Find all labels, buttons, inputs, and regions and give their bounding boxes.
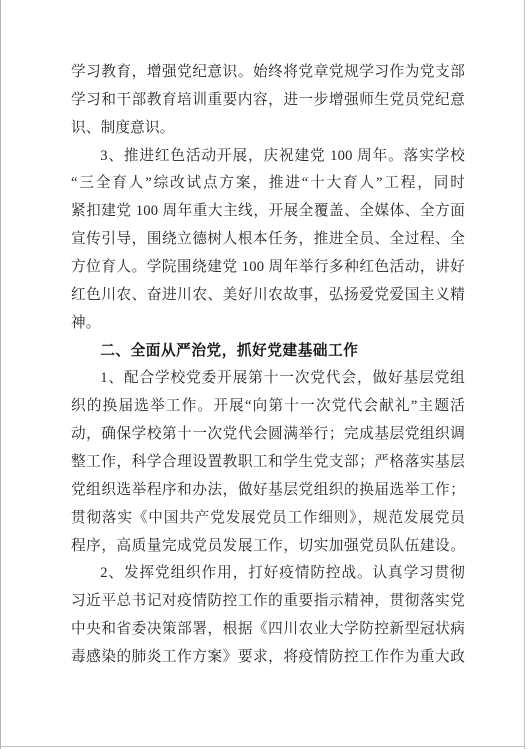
- text-line: 方位育人。学院围绕建党 100 周年举行多种红色活动，讲好: [71, 254, 465, 282]
- text-line: 学习教育，增强党纪意识。始终将党章党规学习作为党支部: [71, 59, 465, 87]
- text-line: 红色川农、奋进川农、美好川农故事，弘扬爱党爱国主义精: [71, 282, 465, 310]
- text-line: “三全育人”综改试点方案，推进“十大育人”工程，同时: [71, 170, 465, 198]
- text-line: 织的换届选举工作。开展“向第十一次党代会献礼”主题活: [71, 393, 465, 421]
- text-line: 宣传引导，围绕立德树人根本任务，推进全员、全过程、全: [71, 226, 465, 254]
- document-text-block: 学习教育，增强党纪意识。始终将党章党规学习作为党支部学习和干部教育培训重要内容，…: [71, 59, 465, 672]
- text-line: 整工作，科学合理设置教职工和学生党支部；严格落实基层: [71, 449, 465, 477]
- text-line: 识、制度意识。: [71, 115, 465, 143]
- page-edge-right: [524, 0, 525, 749]
- text-line: 紧扣建党 100 周年重大主线，开展全覆盖、全媒体、全方面: [71, 198, 465, 226]
- text-line: 党组织选举程序和办法，做好基层党组织的换届选举工作；: [71, 477, 465, 505]
- screenshot-root: { "page": { "background_color": "#ffffff…: [0, 0, 532, 749]
- page-edge-bottom: [0, 746, 525, 747]
- text-line: 习近平总书记对疫情防控工作的重要指示精神，贯彻落实党: [71, 588, 465, 616]
- text-line: 1、配合学校党委开展第十一次党代会，做好基层党组: [71, 365, 465, 393]
- text-line: 毒感染的肺炎工作方案》要求，将疫情防控工作作为重大政: [71, 644, 465, 672]
- page-edge-left: [0, 0, 1, 749]
- text-line: 贯彻落实《中国共产党发展党员工作细则》，规范发展党员: [71, 505, 465, 533]
- text-line: 中央和省委决策部署，根据《四川农业大学防控新型冠状病: [71, 616, 465, 644]
- document-page: 学习教育，增强党纪意识。始终将党章党规学习作为党支部学习和干部教育培训重要内容，…: [0, 0, 532, 749]
- text-line: 学习和干部教育培训重要内容，进一步增强师生党员党纪意: [71, 87, 465, 115]
- text-line: 3、推进红色活动开展，庆祝建党 100 周年。落实学校: [71, 143, 465, 171]
- text-line: 神。: [71, 310, 465, 338]
- text-line: 2、发挥党组织作用，打好疫情防控战。认真学习贯彻: [71, 560, 465, 588]
- section-heading: 二、全面从严治党，抓好党建基础工作: [71, 338, 465, 366]
- text-line: 动，确保学校第十一次党代会圆满举行；完成基层党组织调: [71, 421, 465, 449]
- text-line: 程序，高质量完成党员发展工作，切实加强党员队伍建设。: [71, 533, 465, 561]
